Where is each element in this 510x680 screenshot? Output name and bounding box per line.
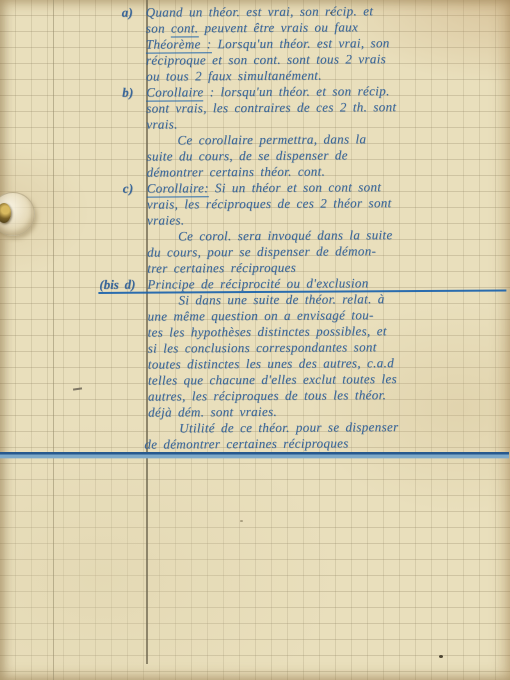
line-text: démontrer certains théor. cont. — [147, 164, 326, 180]
line-text: Ce corol. sera invoqué dans la suite — [178, 227, 393, 243]
text-segment: telles que chacune d'elles exclut toutes… — [148, 371, 397, 388]
text-segment: Si dans une suite de théor. relat. à — [178, 291, 384, 307]
text-segment: toutes distinctes les unes des autres, c… — [148, 355, 394, 372]
section-marker: (bis d) — [99, 277, 135, 292]
line-text: tes les hypothèses distinctes possibles,… — [148, 323, 387, 339]
line-text: ou tous 2 faux simultanément. — [146, 68, 322, 84]
text-segment: Quand un théor. est vrai, son récip. et — [146, 3, 374, 19]
ink-speck — [330, 12, 332, 14]
text-segment: Ce corollaire permettra, dans la — [177, 131, 366, 147]
handwriting-line: de démontrer certaines réciproques — [1, 434, 510, 453]
notebook-page: a)Quand un théor. est vrai, son récip. e… — [0, 0, 510, 680]
text-segment: : lorsqu'un théor. et son récip. — [204, 83, 390, 99]
line-text: Quand un théor. est vrai, son récip. et — [146, 3, 374, 19]
line-text: du cours, pour se dispenser de démon- — [147, 243, 376, 259]
line-text: vrais, les réciproques de ces 2 théor so… — [147, 195, 392, 211]
line-text: déjà dém. sont vraies. — [148, 404, 277, 420]
text-segment: vraies. — [147, 212, 185, 227]
text-segment: Ce corol. sera invoqué dans la suite — [178, 227, 393, 243]
line-text: Ce corollaire permettra, dans la — [177, 131, 366, 147]
line-text: Corollaire : lorsqu'un théor. et son réc… — [146, 83, 390, 99]
line-text: sont vrais, les contraires de ces 2 th. … — [146, 99, 396, 116]
text-segment: sont vrais, les contraires de ces 2 th. … — [146, 99, 396, 116]
line-text: vraies. — [147, 212, 185, 227]
line-text: autres, les réciproques de tous les théo… — [148, 387, 386, 403]
text-segment: vrais. — [146, 116, 177, 131]
line-text: Principe de réciprocité ou d'exclusion — [147, 275, 368, 291]
underlined-text-segment: Corollaire — [146, 84, 204, 101]
line-text: Corollaire: Si un théor et son cont sont — [147, 179, 382, 195]
text-segment: ou tous 2 faux simultanément. — [146, 68, 322, 84]
underlined-text-segment: Théorème : — [146, 36, 212, 53]
text-segment: une même question on a envisagé tou- — [147, 307, 373, 323]
text-segment: Utilité de ce théor. pour se dispenser — [179, 419, 398, 435]
text-segment: son — [146, 21, 171, 36]
line-text: Si dans une suite de théor. relat. à — [178, 291, 384, 307]
line-text: de démontrer certaines réciproques — [144, 435, 348, 451]
line-text: Utilité de ce théor. pour se dispenser — [179, 419, 398, 435]
line-text: son cont. peuvent être vrais ou faux — [146, 19, 358, 35]
line-text: si les conclusions correspondantes sont — [148, 339, 377, 355]
text-segment: autres, les réciproques de tous les théo… — [148, 387, 386, 403]
text-segment: Si un théor et son cont sont — [209, 179, 382, 195]
line-text: trer certaines réciproques — [147, 260, 296, 276]
text-segment: du cours, pour se dispenser de démon- — [147, 243, 376, 259]
line-text: réciproque et son cont. sont tous 2 vrai… — [146, 51, 386, 67]
section-marker: c) — [123, 181, 134, 196]
text-segment: vrais, les réciproques de ces 2 théor so… — [147, 195, 392, 211]
text-segment: réciproque et son cont. sont tous 2 vrai… — [146, 51, 386, 67]
line-text: toutes distinctes les unes des autres, c… — [148, 355, 394, 372]
underlined-text-segment: Corollaire: — [147, 180, 209, 197]
underlined-text-segment: cont. — [171, 20, 198, 37]
text-segment: déjà dém. sont vraies. — [148, 404, 277, 420]
text-segment: si les conclusions correspondantes sont — [148, 339, 377, 355]
text-segment: démontrer certains théor. cont. — [147, 164, 326, 180]
line-text: une même question on a envisagé tou- — [147, 307, 373, 323]
text-segment: Principe de réciprocité ou d'exclusion — [147, 275, 368, 291]
line-text: vrais. — [146, 116, 177, 131]
line-text: Théorème : Lorsqu'un théor. est vrai, so… — [146, 35, 390, 51]
section-marker: a) — [122, 5, 134, 20]
section-marker: b) — [122, 85, 134, 100]
text-segment: tes les hypothèses distinctes possibles,… — [148, 323, 387, 339]
section-divider-rule — [0, 452, 509, 459]
handwriting-text-block: a)Quand un théor. est vrai, son récip. e… — [0, 2, 510, 453]
text-segment: peuvent être vrais ou faux — [198, 19, 358, 35]
text-segment: Lorsqu'un théor. est vrai, son — [211, 35, 389, 51]
ink-speck — [439, 655, 443, 658]
line-text: suite du cours, de se dispenser de — [147, 147, 348, 163]
text-segment: trer certaines réciproques — [147, 260, 296, 276]
line-text: telles que chacune d'elles exclut toutes… — [148, 371, 397, 388]
text-segment: de démontrer certaines réciproques — [144, 435, 348, 451]
paper-stain-speck — [240, 520, 243, 522]
text-segment: suite du cours, de se dispenser de — [147, 147, 348, 163]
